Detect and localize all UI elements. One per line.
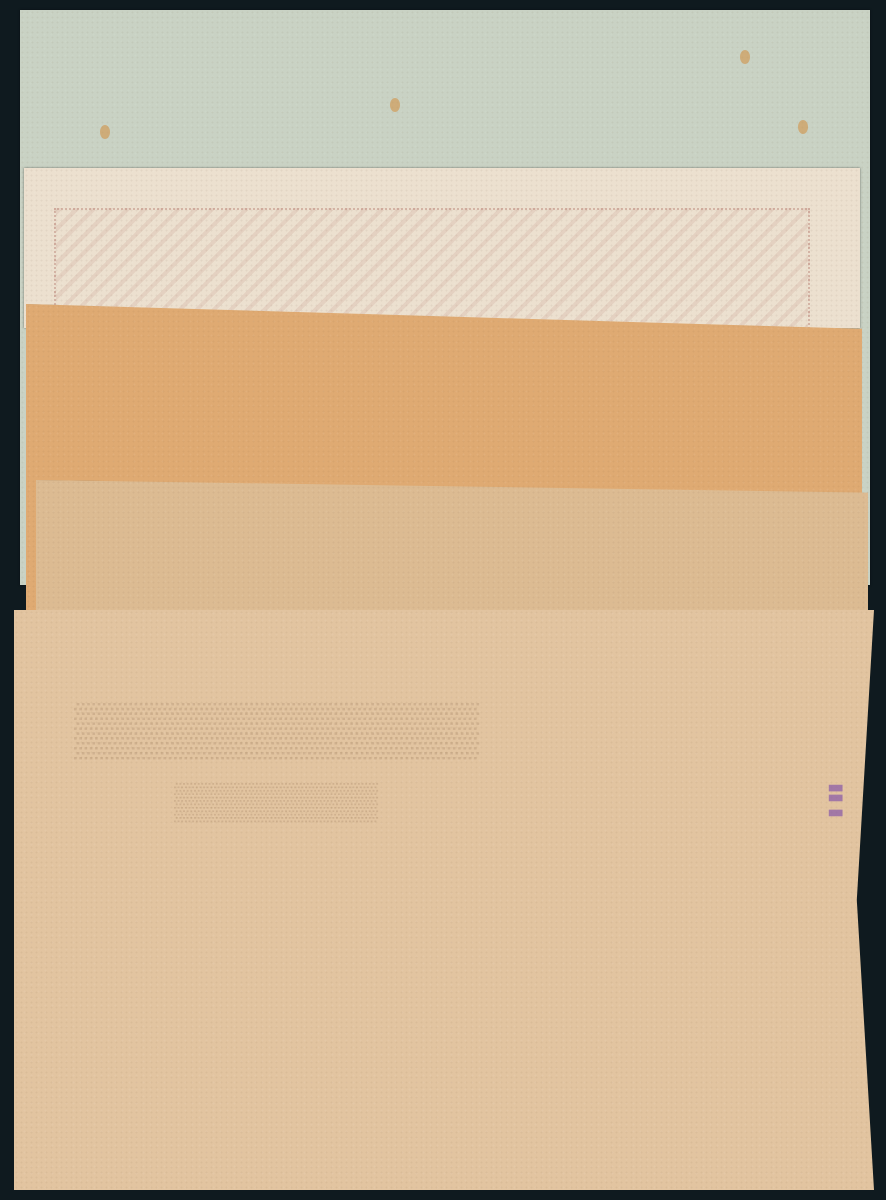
stain [390,98,400,112]
tan-note [36,480,868,620]
stain [100,125,110,139]
cream-patterned-note [24,168,860,328]
show-through-print: ▒▒▒▒▒▒▒▒ [174,780,378,822]
show-through-print: ▒▒▒▒▒▒▒▒▒▒▒ [74,700,479,759]
ink-stamp: ▮▮ ▮ [826,783,847,818]
stain [740,50,750,64]
peach-note: ▒▒▒▒▒▒▒▒▒▒▒ ▒▒▒▒▒▒▒▒ ▮▮ ▮ [14,610,874,1190]
stain [798,120,808,134]
